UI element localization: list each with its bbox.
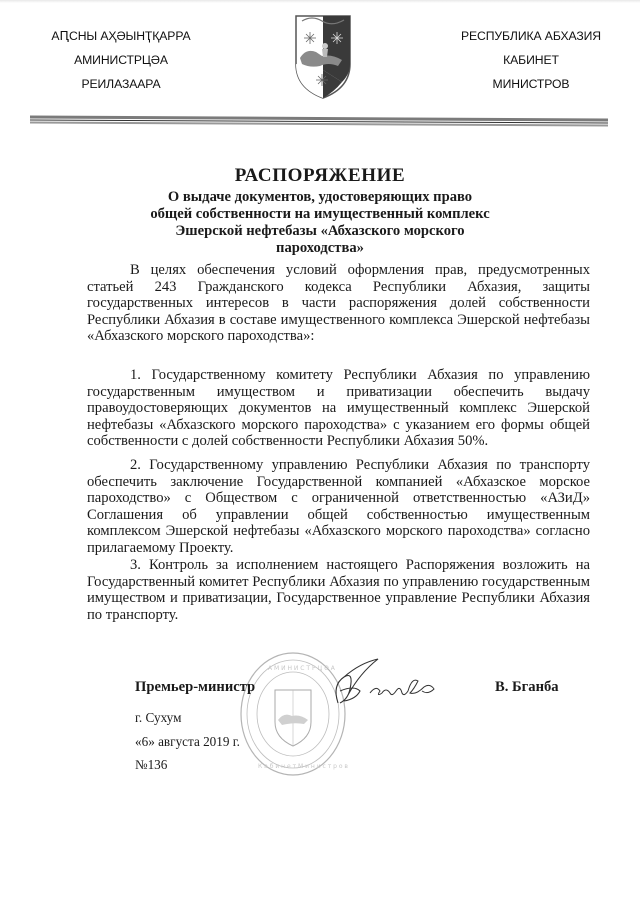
order-item-2: 2. Государственному управлению Республик… <box>87 457 590 557</box>
signatory-role: Премьер-министр <box>135 679 255 696</box>
svg-text:А М И Н И С Т Р Ц Ә А: А М И Н И С Т Р Ц Ә А <box>268 665 336 672</box>
header-russian-line-3: МИНИСТРОВ <box>440 72 622 96</box>
header-russian-line-1: РЕСПУБЛИКА АБХАЗИЯ <box>440 24 622 48</box>
header-abkhaz-line-2: АМИНИСТРЦӘА <box>30 48 212 72</box>
document-number: №136 <box>135 757 167 773</box>
document-subject: О выдаче документов, удостоверяющих прав… <box>150 189 490 257</box>
header-russian-line-2: КАБИНЕТ <box>440 48 622 72</box>
order-item-3: 3. Контроль за исполнением настоящего Ра… <box>87 557 590 623</box>
document-title: РАСПОРЯЖЕНИЕ <box>0 165 640 187</box>
handwritten-signature <box>330 655 450 715</box>
order-item-1: 1. Государственному комитету Республики … <box>87 367 590 450</box>
svg-text:К а б и н е т М и н и с т р о: К а б и н е т М и н и с т р о в <box>258 763 348 770</box>
header-abkhaz-line-3: РЕИЛАЗААРА <box>30 72 212 96</box>
header-abkhaz: АԤСНЫ АҲӘЫНҬҚАРРА АМИНИСТРЦӘА РЕИЛАЗААРА <box>30 24 212 96</box>
coat-of-arms-icon <box>292 12 354 100</box>
scan-edge <box>0 0 640 3</box>
preamble-paragraph: В целях обеспечения условий оформления п… <box>87 262 590 345</box>
issue-city: г. Сухум <box>135 710 181 726</box>
header-abkhaz-line-1: АԤСНЫ АҲӘЫНҬҚАРРА <box>30 24 212 48</box>
issue-date: «6» августа 2019 г. <box>135 734 240 750</box>
header-russian: РЕСПУБЛИКА АБХАЗИЯ КАБИНЕТ МИНИСТРОВ <box>440 24 622 96</box>
document-page: АԤСНЫ АҲӘЫНҬҚАРРА АМИНИСТРЦӘА РЕИЛАЗААРА… <box>0 0 640 905</box>
signatory-name: В. Бганба <box>495 679 559 696</box>
